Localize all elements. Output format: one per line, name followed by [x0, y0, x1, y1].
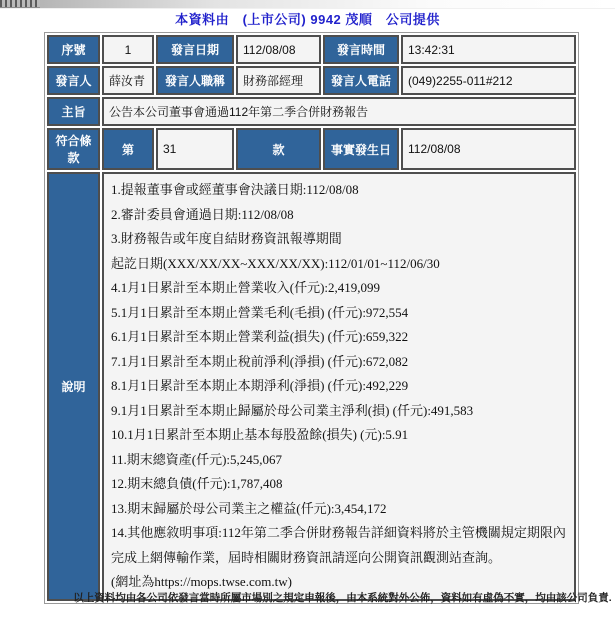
speaker-value: 薛汝青	[102, 66, 154, 95]
description-line: 11.期末總資產(仟元):5,245,067	[111, 448, 567, 473]
browser-chrome-fragment	[0, 0, 40, 8]
speak-time-label: 發言時間	[323, 35, 399, 64]
description-line: 2.審計委員會通過日期:112/08/08	[111, 203, 567, 228]
subject-value: 公告本公司董事會通過112年第二季合併財務報告	[102, 97, 576, 126]
speak-date-label: 發言日期	[156, 35, 234, 64]
description-line: 起訖日期(XXX/XX/XX~XXX/XX/XX):112/01/01~112/…	[111, 252, 567, 277]
table-row: 序號 1 發言日期 112/08/08 發言時間 13:42:31	[47, 35, 576, 64]
page-title: 本資料由 (上市公司) 9942 茂順 公司提供	[0, 9, 615, 28]
table-row: 符合條款 第 31 款 事實發生日 112/08/08	[47, 128, 576, 170]
table-row: 主旨 公告本公司董事會通過112年第二季合併財務報告	[47, 97, 576, 126]
description-line: 9.1月1日累計至本期止歸屬於母公司業主淨利(損) (仟元):491,583	[111, 399, 567, 424]
subject-label: 主旨	[47, 97, 100, 126]
speaker-phone-label: 發言人電話	[323, 66, 399, 95]
description-line: 7.1月1日累計至本期止稅前淨利(淨損) (仟元):672,082	[111, 350, 567, 375]
description-label: 說明	[47, 172, 100, 601]
description-value: 1.提報董事會或經董事會決議日期:112/08/082.審計委員會通過日期:11…	[102, 172, 576, 601]
speaker-phone-value: (049)2255-011#212	[401, 66, 576, 95]
clause-label: 符合條款	[47, 128, 100, 170]
description-line: 1.提報董事會或經董事會決議日期:112/08/08	[111, 178, 567, 203]
description-line: 10.1月1日累計至本期止基本每股盈餘(損失) (元):5.91	[111, 423, 567, 448]
speaker-title-value: 財務部經理	[236, 66, 321, 95]
fact-date-value: 112/08/08	[401, 128, 576, 170]
speak-date-value: 112/08/08	[236, 35, 321, 64]
speaker-label: 發言人	[47, 66, 100, 95]
speaker-title-label: 發言人職稱	[156, 66, 234, 95]
seq-label: 序號	[47, 35, 100, 64]
description-line: 14.其他應敘明事項:112年第二季合併財務報告詳細資料將於主管機關規定期限內完…	[111, 521, 567, 570]
description-line: 5.1月1日累計至本期止營業毛利(毛損) (仟元):972,554	[111, 301, 567, 326]
description-line: 4.1月1日累計至本期止營業收入(仟元):2,419,099	[111, 276, 567, 301]
speak-time-value: 13:42:31	[401, 35, 576, 64]
description-line: 6.1月1日累計至本期止營業利益(損失) (仟元):659,322	[111, 325, 567, 350]
announcement-table: 序號 1 發言日期 112/08/08 發言時間 13:42:31 發言人 薛汝…	[44, 32, 579, 604]
seq-value: 1	[102, 35, 154, 64]
browser-chrome-strip	[0, 0, 615, 9]
description-line: 3.財務報告或年度自結財務資訊報導期間	[111, 227, 567, 252]
clause-no-value: 31	[156, 128, 234, 170]
description-line: 12.期末總負債(仟元):1,787,408	[111, 472, 567, 497]
table-row: 說明 1.提報董事會或經董事會決議日期:112/08/082.審計委員會通過日期…	[47, 172, 576, 601]
table-row: 發言人 薛汝青 發言人職稱 財務部經理 發言人電話 (049)2255-011#…	[47, 66, 576, 95]
clause-no-label: 第	[102, 128, 154, 170]
description-line: 8.1月1日累計至本期止本期淨利(淨損) (仟元):492,229	[111, 374, 567, 399]
description-line: 13.期末歸屬於母公司業主之權益(仟元):3,454,172	[111, 497, 567, 522]
fact-date-label: 事實發生日	[323, 128, 399, 170]
clause-unit-label: 款	[236, 128, 321, 170]
disclaimer-text: 以上資料均由各公司依發言當時所屬市場別之規定申報後，由本系統對外公佈，資料如有虛…	[70, 590, 615, 605]
